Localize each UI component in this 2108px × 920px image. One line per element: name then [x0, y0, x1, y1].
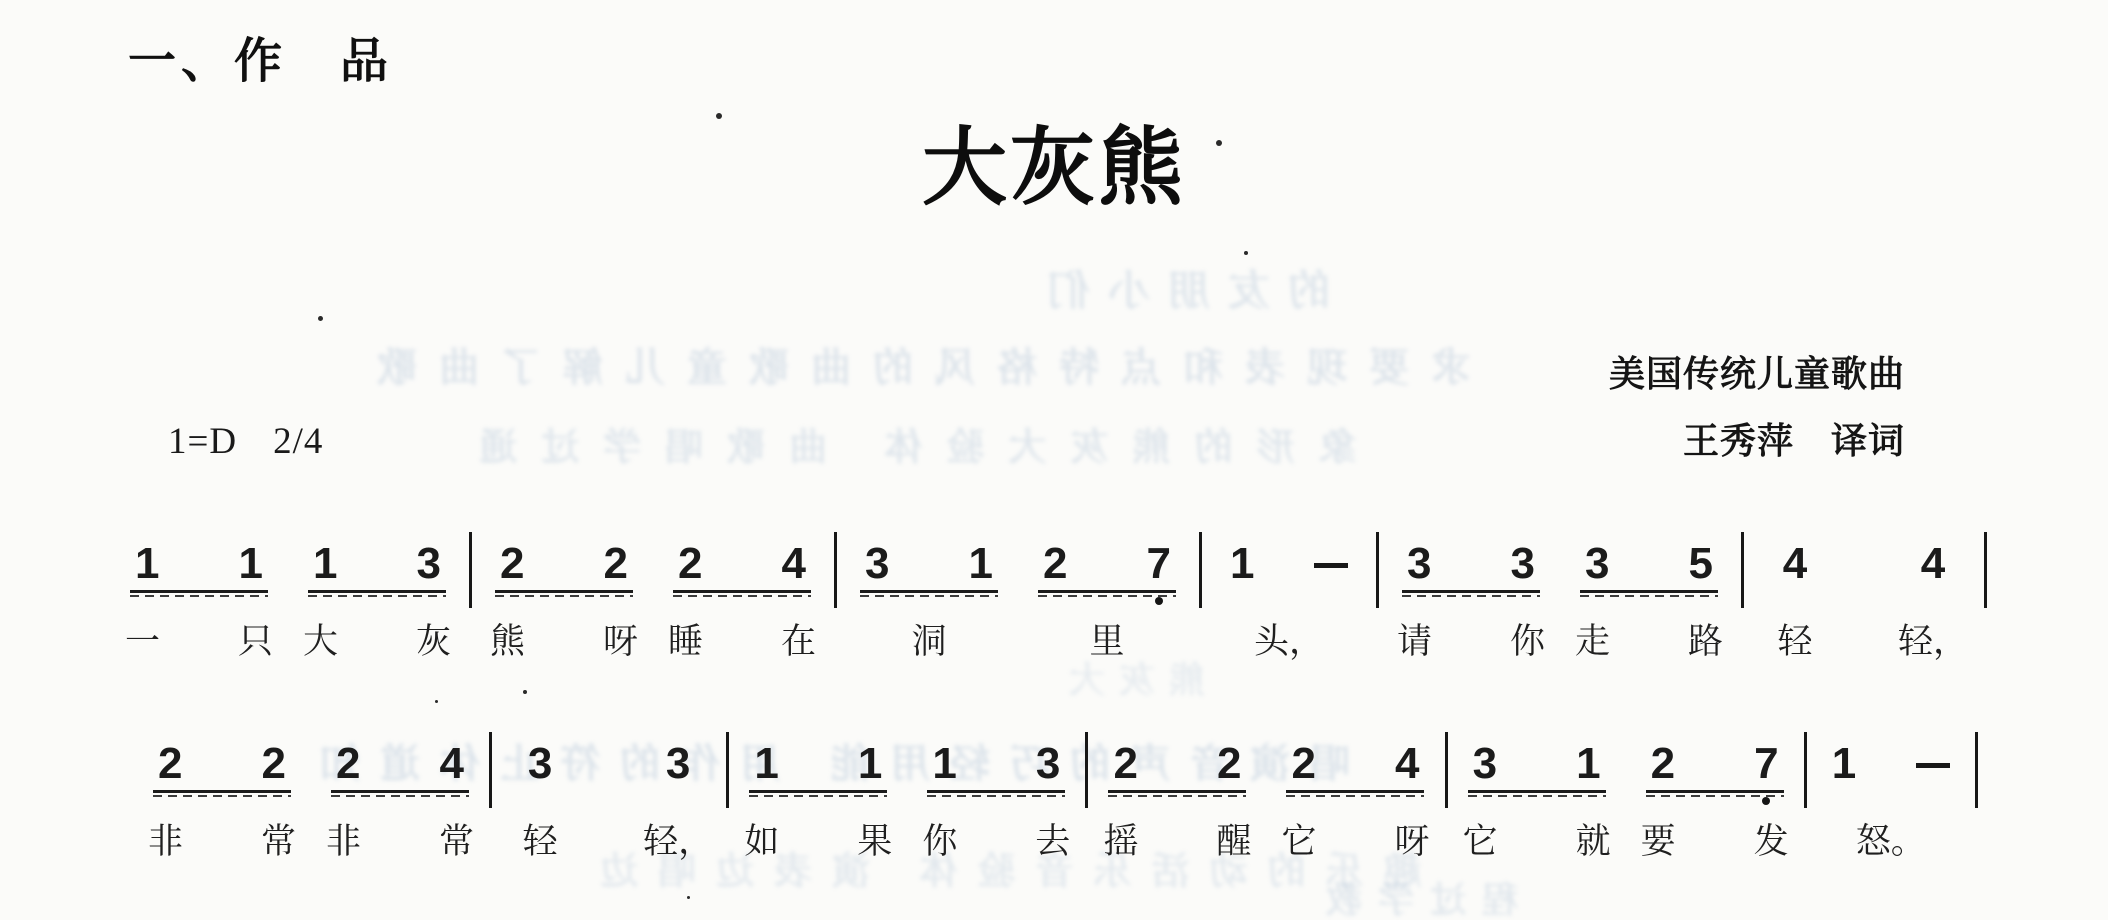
- lyric-syllable: 如: [744, 814, 779, 864]
- note-digit: 3: [1407, 540, 1431, 588]
- score-line: 11一只13大灰22熊呀24睡在31洞27里1头，33请你35走路4轻4轻，: [135, 540, 1987, 664]
- lyrics-row: 怒。: [1822, 814, 1960, 864]
- notes-row: 1: [1832, 740, 1950, 788]
- eighth-note-beam: [1580, 590, 1718, 597]
- bleed-through-text: 程过学教: [1310, 872, 1518, 920]
- lyrics-row: 轻: [507, 814, 573, 864]
- translator-credit: 王秀萍 译词: [1609, 407, 1905, 474]
- lyric-syllable: 睡: [668, 614, 703, 664]
- notes-row: 24: [336, 740, 464, 788]
- scanned-sheet-music-page: 的友朋小们求要现表和点特格风的曲歌童儿解了曲歌象形的熊灰大验体 曲歌唱学过通熊灰…: [0, 0, 2108, 920]
- notes-row: 11: [754, 740, 882, 788]
- barline: [1741, 532, 1744, 608]
- notes-row: 13: [313, 540, 441, 588]
- note-digit: 2: [1651, 740, 1675, 788]
- lyrics-row: 请你: [1397, 614, 1545, 664]
- note-group: 24睡在: [678, 540, 806, 664]
- note-digit: 1: [754, 740, 778, 788]
- eighth-note-beam: [153, 790, 291, 797]
- note-digit: 1: [135, 540, 159, 588]
- notes-row: 33: [1407, 540, 1535, 588]
- notes-row: 22: [1113, 740, 1241, 788]
- note-group: 31它就: [1473, 740, 1601, 864]
- lyric-syllable: 常: [261, 814, 296, 864]
- eighth-note-beam: [331, 790, 469, 797]
- ink-speck: [435, 700, 438, 703]
- lyric-syllable: 大: [303, 614, 338, 664]
- lyrics-row: 睡在: [668, 614, 816, 664]
- note-group: 1怒。: [1832, 740, 1950, 864]
- note-digit: 3: [666, 740, 690, 788]
- note-group: 4轻，: [1910, 540, 1956, 664]
- lyrics-row: 一只: [125, 614, 273, 664]
- note-digit: 3: [1036, 740, 1060, 788]
- lyric-syllable: 要: [1641, 814, 1676, 864]
- note-group: 22非常: [158, 740, 286, 864]
- note-group: 4轻: [1772, 540, 1818, 664]
- measure: 22摇醒24它呀: [1113, 740, 1419, 864]
- note-digit: 4: [1395, 740, 1419, 788]
- notes-row: 24: [678, 540, 806, 588]
- note-digit: 3: [865, 540, 889, 588]
- bleed-through-text: 象形的熊灰大验体 曲歌唱学过通: [455, 416, 1357, 471]
- note-digit: 2: [158, 740, 182, 788]
- note-digit: 4: [782, 540, 806, 588]
- ink-speck: [1216, 140, 1222, 146]
- section-heading: 一、作 品: [128, 22, 393, 91]
- notes-row: 3: [517, 740, 563, 788]
- lyric-syllable: 里: [1089, 614, 1124, 664]
- barline: [1804, 732, 1807, 808]
- note-digit: 4: [440, 740, 464, 788]
- lyrics-row: 轻，: [645, 814, 711, 864]
- barline: [1445, 732, 1448, 808]
- lyric-syllable: 只: [238, 614, 273, 664]
- barline: [1984, 532, 1987, 608]
- eighth-note-beam: [673, 590, 811, 597]
- measure: 11一只13大灰: [135, 540, 441, 664]
- note-dash: [1916, 740, 1950, 788]
- measure: 3轻3轻，: [517, 740, 701, 864]
- lyric-syllable: 灰: [416, 614, 451, 664]
- note-group: 3轻，: [655, 740, 701, 864]
- note-digit: 1: [313, 540, 337, 588]
- eighth-note-beam: [860, 590, 998, 597]
- notes-row: 3: [655, 740, 701, 788]
- lyric-syllable: 怒。: [1856, 814, 1926, 864]
- barline: [1199, 532, 1202, 608]
- notes-row: 31: [1473, 740, 1601, 788]
- note-digit: 3: [1585, 540, 1609, 588]
- bleed-through-text: 的友朋小们: [1030, 258, 1330, 318]
- note-digit: 2: [678, 540, 702, 588]
- lyric-syllable: 非: [326, 814, 361, 864]
- lyric-syllable: 轻: [523, 814, 558, 864]
- note-group: 24非常: [336, 740, 464, 864]
- lyric-syllable: 一: [125, 614, 160, 664]
- note-group: 27里: [1043, 540, 1171, 664]
- notes-row: 35: [1585, 540, 1713, 588]
- lyric-syllable: 在: [781, 614, 816, 664]
- notes-row: 24: [1291, 740, 1419, 788]
- note-digit: 7: [1147, 540, 1171, 588]
- lyrics-row: 要发: [1641, 814, 1789, 864]
- notes-row: 11: [135, 540, 263, 588]
- lyric-syllable: 它: [1281, 814, 1316, 864]
- lyrics-row: 摇醒: [1103, 814, 1251, 864]
- low-octave-dot: [1762, 797, 1770, 805]
- note-group: 13大灰: [313, 540, 441, 664]
- note-digit: 2: [1043, 540, 1067, 588]
- eighth-note-beam: [749, 790, 887, 797]
- eighth-note-beam: [1038, 590, 1176, 597]
- eighth-note-beam: [927, 790, 1065, 797]
- low-octave-dot: [1155, 597, 1163, 605]
- source-credit: 美国传统儿童歌曲: [1609, 340, 1905, 407]
- lyrics-row: 走路: [1575, 614, 1723, 664]
- lyric-syllable: 洞: [911, 614, 946, 664]
- barline: [834, 532, 837, 608]
- notes-row: 31: [865, 540, 993, 588]
- eighth-note-beam: [130, 590, 268, 597]
- time-signature: 2/4: [273, 421, 323, 462]
- note-digit: 2: [604, 540, 628, 588]
- lyric-syllable: 就: [1576, 814, 1611, 864]
- lyric-syllable: 路: [1688, 614, 1723, 664]
- eighth-note-beam: [1108, 790, 1246, 797]
- lyric-syllable: 发: [1754, 814, 1789, 864]
- lyrics-row: 它就: [1463, 814, 1611, 864]
- note-digit: 2: [1217, 740, 1241, 788]
- note-digit: 2: [500, 540, 524, 588]
- note-group: 3轻: [517, 740, 563, 864]
- note-digit: 1: [1832, 740, 1856, 788]
- lyric-syllable: 非: [148, 814, 183, 864]
- note-digit: 3: [417, 540, 441, 588]
- lyrics-row: 大灰: [303, 614, 451, 664]
- note-group: 11一只: [135, 540, 263, 664]
- barline: [1975, 732, 1978, 808]
- notes-row: 27: [1651, 740, 1779, 788]
- lyric-syllable: 呀: [603, 614, 638, 664]
- notes-row: 27: [1043, 540, 1171, 588]
- lyric-syllable: 去: [1035, 814, 1070, 864]
- lyric-syllable: 它: [1463, 814, 1498, 864]
- notes-row: 4: [1910, 540, 1956, 588]
- eighth-note-beam: [1468, 790, 1606, 797]
- measure: 4轻4轻，: [1772, 540, 1956, 664]
- note-digit: 2: [262, 740, 286, 788]
- lyric-syllable: 熊: [490, 614, 525, 664]
- lyric-syllable: 你: [1510, 614, 1545, 664]
- barline: [1085, 732, 1088, 808]
- ink-speck: [523, 690, 527, 694]
- note-group: 1头，: [1230, 540, 1348, 664]
- score-line: 22非常24非常3轻3轻，11如果13你去22摇醒24它呀31它就27要发1怒。: [158, 740, 1978, 864]
- key-time-signature: 1=D2/4: [168, 420, 323, 463]
- lyrics-row: 头，: [1220, 614, 1358, 664]
- ink-speck: [687, 896, 690, 899]
- note-digit: 3: [528, 740, 552, 788]
- ink-speck: [318, 316, 323, 321]
- lyric-syllable: 轻: [1777, 614, 1812, 664]
- note-group: 33请你: [1407, 540, 1535, 664]
- note-digit: 1: [239, 540, 263, 588]
- measure: 31洞27里: [865, 540, 1171, 664]
- lyrics-row: 轻: [1762, 614, 1828, 664]
- measure: 1怒。: [1832, 740, 1950, 864]
- note-digit: 2: [1291, 740, 1315, 788]
- note-digit: 4: [1783, 540, 1807, 588]
- ink-speck: [1244, 251, 1248, 255]
- note-digit: 1: [1576, 740, 1600, 788]
- lyric-syllable: 醒: [1216, 814, 1251, 864]
- note-digit: 1: [858, 740, 882, 788]
- lyric-syllable: 你: [922, 814, 957, 864]
- lyric-syllable: 轻，: [1898, 614, 1968, 664]
- note-group: 13你去: [932, 740, 1060, 864]
- notes-row: 22: [500, 540, 628, 588]
- eighth-note-beam: [1402, 590, 1540, 597]
- lyrics-row: 非常: [148, 814, 296, 864]
- lyric-syllable: 果: [857, 814, 892, 864]
- lyric-syllable: 摇: [1103, 814, 1138, 864]
- lyric-syllable: 走: [1575, 614, 1610, 664]
- barline: [489, 732, 492, 808]
- lyric-syllable: 请: [1397, 614, 1432, 664]
- key-signature: 1=D: [168, 421, 237, 462]
- lyrics-row: 它呀: [1281, 814, 1429, 864]
- note-group: 35走路: [1585, 540, 1713, 664]
- bleed-through-text: 求要现表和点特格风的曲歌童儿解了曲歌: [355, 336, 1471, 393]
- half-note-dash: [1314, 563, 1348, 568]
- note-digit: 5: [1689, 540, 1713, 588]
- notes-row: 13: [932, 740, 1060, 788]
- note-digit: 2: [1113, 740, 1137, 788]
- eighth-note-beam: [1286, 790, 1424, 797]
- lyrics-row: 洞: [855, 614, 1003, 664]
- lyrics-row: 如果: [744, 814, 892, 864]
- lyric-syllable: 常: [439, 814, 474, 864]
- eighth-note-beam: [1646, 790, 1784, 797]
- eighth-note-beam: [308, 590, 446, 597]
- notes-row: 1: [1230, 540, 1348, 588]
- measure: 1头，: [1230, 540, 1348, 664]
- lyrics-row: 你去: [922, 814, 1070, 864]
- note-group: 31洞: [865, 540, 993, 664]
- note-dash: [1314, 540, 1348, 588]
- note-group: 22摇醒: [1113, 740, 1241, 864]
- note-digit: 4: [1921, 540, 1945, 588]
- note-digit: 3: [1473, 740, 1497, 788]
- lyrics-row: 非常: [326, 814, 474, 864]
- lyric-syllable: 呀: [1394, 814, 1429, 864]
- notes-row: 22: [158, 740, 286, 788]
- note-digit: 1: [932, 740, 956, 788]
- ink-speck: [716, 113, 722, 119]
- measure: 22非常24非常: [158, 740, 464, 864]
- note-group: 11如果: [754, 740, 882, 864]
- note-digit: 7: [1754, 740, 1778, 788]
- note-group: 22熊呀: [500, 540, 628, 664]
- lyrics-row: 轻，: [1900, 614, 1966, 664]
- measure: 22熊呀24睡在: [500, 540, 806, 664]
- note-digit: 2: [336, 740, 360, 788]
- barline: [1376, 532, 1379, 608]
- barline: [469, 532, 472, 608]
- lyrics-row: 熊呀: [490, 614, 638, 664]
- credits-block: 美国传统儿童歌曲 王秀萍 译词: [1609, 340, 1905, 474]
- note-digit: 1: [969, 540, 993, 588]
- measure: 31它就27要发: [1473, 740, 1779, 864]
- song-title: 大灰熊: [922, 100, 1186, 222]
- note-digit: 3: [1511, 540, 1535, 588]
- barline: [726, 732, 729, 808]
- lyric-syllable: 轻，: [643, 814, 713, 864]
- lyrics-row: 里: [1033, 614, 1181, 664]
- notes-row: 4: [1772, 540, 1818, 588]
- note-group: 27要发: [1651, 740, 1779, 864]
- measure: 11如果13你去: [754, 740, 1060, 864]
- note-group: 24它呀: [1291, 740, 1419, 864]
- note-digit: 1: [1230, 540, 1254, 588]
- eighth-note-beam: [495, 590, 633, 597]
- measure: 33请你35走路: [1407, 540, 1713, 664]
- lyric-syllable: 头，: [1254, 614, 1324, 664]
- half-note-dash: [1916, 763, 1950, 768]
